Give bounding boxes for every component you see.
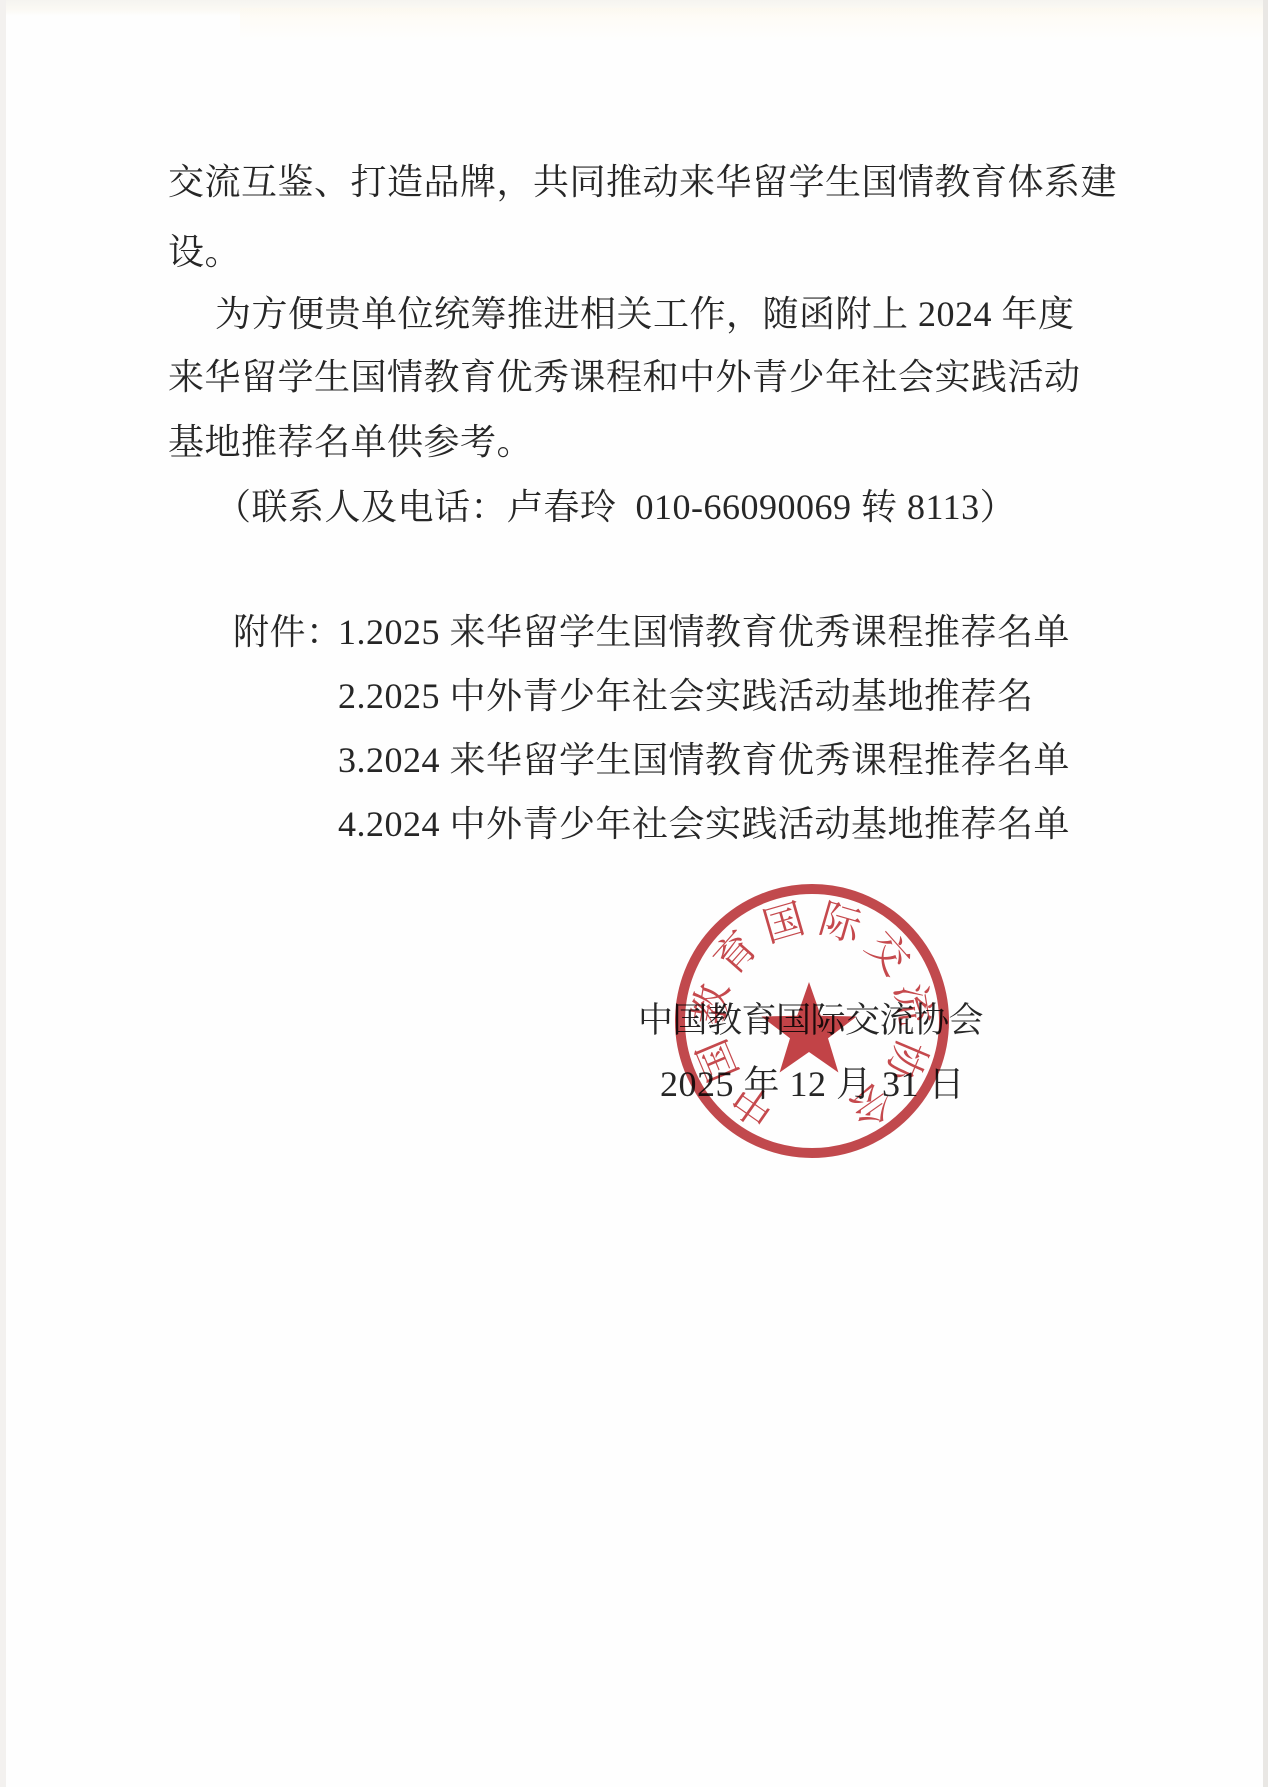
svg-text:教: 教: [685, 980, 737, 1028]
body-line: 为方便贵单位统筹推进相关工作，随函附上 2024 年度: [215, 292, 1075, 336]
scan-artifact-cream: [240, 8, 1268, 42]
svg-text:国: 国: [758, 895, 810, 951]
contact-line: （联系人及电话：卢春玲 010-66090069 转 8113）: [215, 485, 1016, 529]
attachment-item: 2.2025 中外青少年社会实践活动基地推荐名: [338, 674, 1034, 718]
body-line: 基地推荐名单供参考。: [168, 420, 533, 464]
scan-artifact-left: [0, 0, 6, 1787]
svg-text:流: 流: [887, 980, 939, 1028]
body-line: 设。: [168, 230, 241, 274]
attachments-label: 附件：: [233, 610, 343, 654]
attachment-item: 4.2024 中外青少年社会实践活动基地推荐名单: [338, 802, 1070, 846]
svg-text:际: 际: [814, 895, 867, 951]
seal-star-icon: [761, 982, 856, 1073]
body-line: 交流互鉴、打造品牌，共同推动来华留学生国情教育体系建: [168, 160, 1117, 204]
body-line: 来华留学生国情教育优秀课程和中外青少年社会实践活动: [168, 355, 1081, 399]
attachment-item: 1.2025 来华留学生国情教育优秀课程推荐名单: [338, 610, 1070, 654]
letter-page: 交流互鉴、打造品牌，共同推动来华留学生国情教育体系建 设。 为方便贵单位统筹推进…: [0, 0, 1268, 1787]
scan-artifact-right: [1263, 0, 1268, 1787]
attachment-item: 3.2024 来华留学生国情教育优秀课程推荐名单: [338, 738, 1070, 782]
official-seal: 中国教育国际交流协会: [659, 868, 965, 1174]
